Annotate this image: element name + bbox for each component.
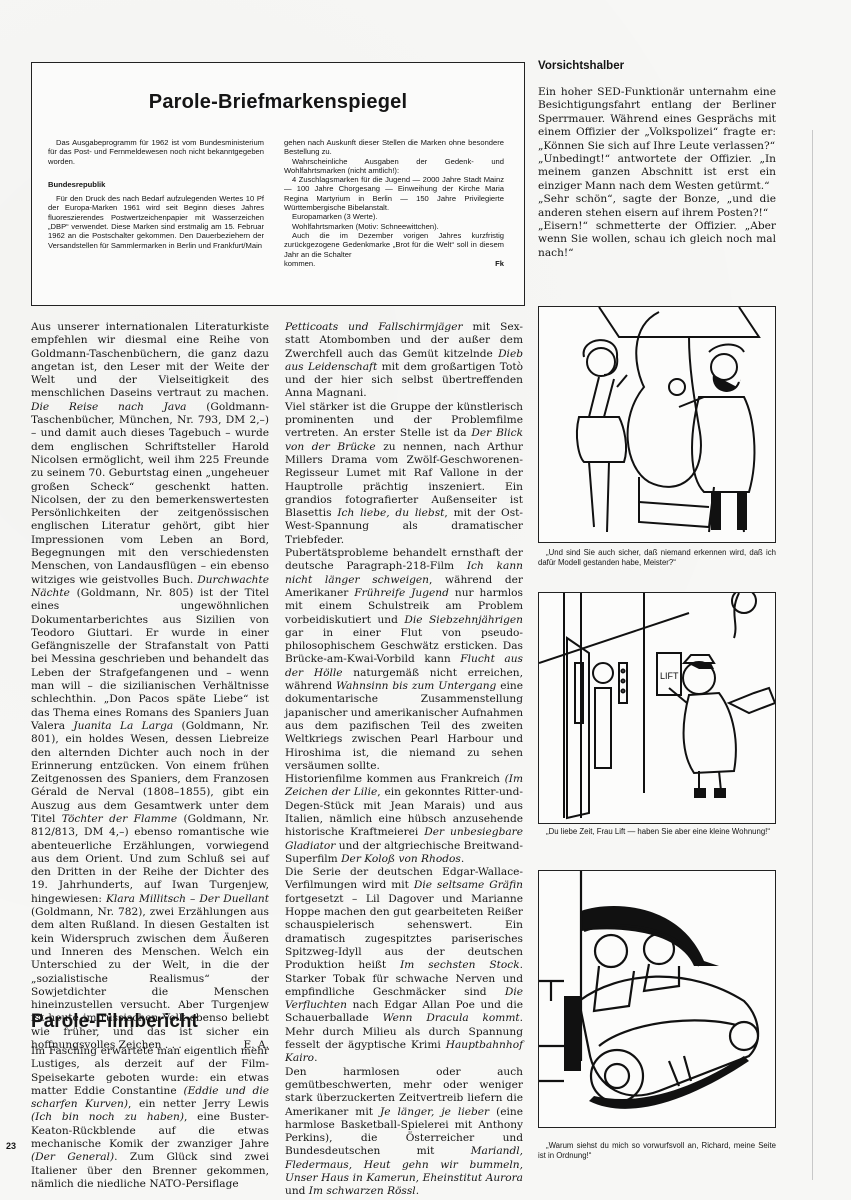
film-title: Petticoats und Fallschirmjäger [285, 321, 463, 333]
film-title: Im sechsten Stock [400, 959, 520, 971]
joke-paragraph: „Sehr schön“, sagte der Bonze, „und die … [538, 193, 776, 220]
stamp-section-title: Parole-Briefmarkenspiegel [32, 91, 524, 114]
stamp-intro: Das Ausgabeprogramm für 1962 ist vom Bun… [48, 138, 264, 166]
stamp-paragraph: Wahrscheinliche Ausgaben der Gedenk- und… [284, 157, 504, 176]
stamp-paragraph: Auch die im Dezember vorigen Jahres kurz… [284, 231, 504, 259]
film-paragraph: Im Fasching erwartete man eigentlich meh… [31, 1045, 269, 1191]
lift-illustration: LIFT [539, 593, 775, 823]
book-title: Klara Millitsch – Der Duellant [106, 893, 269, 905]
film-paragraph: Petticoats und Fallschirmjäger mit Sex- … [285, 321, 523, 401]
film-title: Frühreife Jugend [354, 587, 449, 599]
stamp-column-right: gehen nach Auskunft dieser Stellen die M… [284, 138, 504, 268]
joke-paragraph: „Eisern!“ schmetterte der Offizier. „Abe… [538, 220, 776, 260]
page-edge-line [812, 130, 813, 1180]
cartoon-lift: LIFT [538, 592, 776, 824]
joke-title: Vorsichtshalber [538, 60, 624, 72]
stamp-paragraph: Europamarken (3 Werte). [284, 212, 504, 221]
film-paragraph: Viel stärker ist die Gruppe der künstler… [285, 401, 523, 547]
film-title: Wenn Dracula kommt [383, 1012, 520, 1024]
film-column-continued: Petticoats und Fallschirmjäger mit Sex- … [285, 321, 523, 1199]
film-title: (Der General) [31, 1151, 114, 1163]
cartoon-caption: „Und sind Sie auch sicher, daß niemand e… [538, 548, 776, 567]
car-illustration [539, 871, 775, 1127]
stamp-column-left: Das Ausgabeprogramm für 1962 ist vom Bun… [48, 138, 264, 250]
film-title: Wahnsinn bis zum Untergang [336, 680, 496, 692]
film-title: Je länger, je lieber [380, 1106, 489, 1118]
stamp-paragraph: 4 Zuschlagsmarken für die Jugend — 2000 … [284, 175, 504, 212]
literature-paragraph: Aus unserer internationalen Literaturkis… [31, 321, 269, 1052]
film-title: Die seltsame Gräfin [414, 879, 523, 891]
film-title: (Ich bin noch zu haben) [31, 1111, 184, 1123]
film-paragraph: Historienfilme kommen aus Frankreich (Im… [285, 773, 523, 866]
lift-sign-text: LIFT [660, 671, 679, 681]
film-title: Der Koloß von Rhodos [341, 853, 461, 865]
joke-paragraph: Ein hoher SED-Funktionär unternahm eine … [538, 86, 776, 153]
joke-paragraph: „Unbedingt!“ antwortete der Offizier. „I… [538, 153, 776, 193]
magazine-page: Parole-Briefmarkenspiegel Das Ausgabepro… [0, 0, 851, 1200]
literature-column: Aus unserer internationalen Literaturkis… [31, 321, 269, 1052]
stamp-column-box: Parole-Briefmarkenspiegel Das Ausgabepro… [31, 62, 525, 306]
film-title: Ich liebe, du liebst [337, 507, 444, 519]
book-title: Die Reise nach Java [31, 401, 187, 413]
film-paragraph: Die Serie der deutschen Edgar-Wallace-Ve… [285, 866, 523, 1065]
film-title: Im schwarzen Rössl [309, 1185, 416, 1197]
stamp-subheading: Bundesrepublik [48, 180, 264, 189]
stamp-paragraph: Für den Druck des nach Bedarf aufzulegen… [48, 194, 264, 250]
joke-text: Ein hoher SED-Funktionär unternahm eine … [538, 86, 776, 260]
book-title: Juanita La Larga [73, 720, 173, 732]
stamp-paragraph: gehen nach Auskunft dieser Stellen die M… [284, 138, 504, 157]
film-section-title: Parole-Filmbericht [31, 1011, 198, 1033]
cartoon-car [538, 870, 776, 1128]
stamp-signature: Fk [495, 259, 504, 268]
cartoon-caption: „Du liebe Zeit, Frau Lift — haben Sie ab… [538, 827, 776, 837]
stamp-signature-line: kommen. Fk [284, 259, 504, 268]
cartoon-sculptor [538, 306, 776, 543]
stamp-paragraph: Wohlfahrtsmarken (Motiv: Schneewittchen)… [284, 222, 504, 231]
stamp-last-word: kommen. [284, 259, 315, 268]
film-paragraph: Pubertätsprobleme behandelt ernsthaft de… [285, 547, 523, 773]
film-column-start: Im Fasching erwartete man eigentlich meh… [31, 1045, 269, 1191]
cartoon-caption: „Warum siehst du mich so vorwurfsvoll an… [538, 1141, 776, 1160]
page-number: 23 [6, 1141, 16, 1151]
film-paragraph: Den harmlosen oder auch gemütbeschwerten… [285, 1066, 523, 1199]
film-title: Die Siebzehnjährigen [404, 614, 523, 626]
sculptor-illustration [539, 307, 775, 542]
book-title: Töchter der Flamme [62, 813, 177, 825]
